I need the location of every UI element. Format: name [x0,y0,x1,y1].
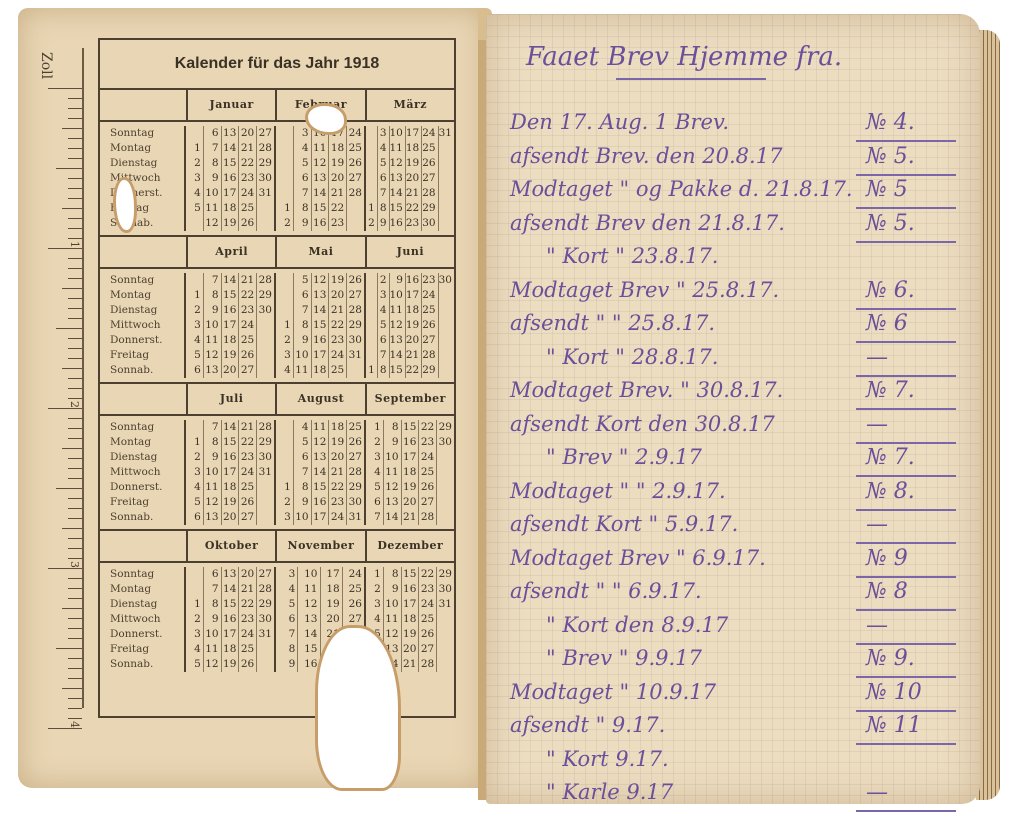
month-name: September [367,384,454,414]
day-cell [276,171,293,186]
day-cell: 27 [239,363,256,378]
day-cell: 25 [347,420,364,435]
day-cell [257,318,274,333]
week-column: 3456789 [276,567,298,672]
weekday-label: Donnerst. [110,627,184,642]
day-cell: 27 [347,288,364,303]
ruler-tick [68,548,82,549]
day-cell: 1 [366,201,377,216]
month-name: März [367,90,454,120]
day-cell [439,156,454,171]
log-entry-text: afsendt Brev den 21.8.17. [510,211,785,235]
day-cell: 5 [186,348,203,363]
week-column: 14151617181920 [222,420,240,525]
day-cell [257,495,274,510]
month-name: Juni [367,237,454,267]
day-cell: 19 [222,216,239,231]
day-cell: 19 [222,495,239,510]
ruler-tick [68,438,82,439]
day-cell: 2 [186,156,203,171]
day-cell: 10 [294,510,311,525]
day-cell: 18 [402,465,419,480]
day-cell: 26 [422,156,437,171]
week-column: 10111213141516 [298,567,320,672]
month-name: November [277,531,366,561]
day-cell [439,318,454,333]
day-cell: 18 [406,141,421,156]
ruler-tick [68,158,82,159]
entry-underline [856,475,956,477]
day-cell: 23 [239,171,256,186]
ruler-tick [68,498,82,499]
day-cell [439,333,454,348]
day-cell: 12 [312,156,329,171]
day-cell: 16 [222,303,239,318]
week-column: 1234567 [366,420,384,525]
week-column: 22232425262728 [419,567,437,672]
log-entry-text: Den 17. Aug. 1 Brev. [510,110,729,134]
day-cell: 31 [347,510,364,525]
quarter-header: JanuarFebruarMärz [100,90,454,122]
day-cell: 3 [276,567,297,582]
ruler-tick [68,148,82,149]
calendar-1918: Kalender für das Jahr 1918 JanuarFebruar… [98,38,456,718]
week-column: 17181920212223 [406,126,422,231]
day-cell: 15 [222,156,239,171]
day-cell: 16 [390,216,405,231]
ruler-tick [62,208,82,209]
day-cell: 4 [378,303,389,318]
day-cell [276,126,293,141]
log-entry-number: — [866,412,888,437]
week-column: 12345 [186,126,204,231]
log-entry-number: № 11 [866,713,922,738]
day-cell: 11 [384,612,401,627]
week-column: 567891011 [294,273,312,378]
ruler-tick [68,388,82,389]
log-entry-text: afsendt " " 6.9.17. [510,579,702,603]
day-cell: 11 [204,333,221,348]
day-cell: 4 [186,186,203,201]
day-cell: 24 [419,597,436,612]
day-cell: 5 [294,435,311,450]
day-cell: 14 [384,510,401,525]
day-cell: 23 [239,612,256,627]
day-cell: 24 [343,567,364,582]
day-cell: 19 [329,273,346,288]
week-column: 12131415161718 [312,273,330,378]
day-cell: 6 [294,171,311,186]
day-cell: 13 [312,450,329,465]
day-cell [439,186,454,201]
day-cell [276,420,293,435]
day-cell [257,216,274,231]
day-cell: 19 [402,627,419,642]
calendar-page: 1234 Zoll Kalender für das Jahr 1918 Jan… [18,8,486,788]
entry-underline [856,241,956,243]
week-column: 282930 [257,273,274,378]
day-cell: 3 [186,627,203,642]
day-cell: 16 [222,450,239,465]
day-cell: 4 [276,363,293,378]
day-cell: 23 [239,450,256,465]
day-cell [439,171,454,186]
day-cell: 3 [294,126,311,141]
day-cell: 21 [239,141,256,156]
month-name: Dezember [367,531,454,561]
weekday-label: Sonntag [110,126,184,141]
weekday-label: Dienstag [110,156,184,171]
day-cell: 30 [347,495,364,510]
day-cell: 13 [312,288,329,303]
day-cell: 18 [312,363,329,378]
ruler-tick [56,328,82,329]
day-cell: 19 [406,156,421,171]
day-cell: 21 [329,186,346,201]
month-name: Juli [188,384,277,414]
week-column: 10111213141516 [312,126,330,231]
day-cell [276,288,293,303]
month-grid: 1234567891011121314151617181920212223242… [186,273,276,378]
day-cell [437,657,454,672]
day-cell: 21 [329,303,346,318]
ruler-number: 3 [68,561,81,568]
day-cell: 1 [186,288,203,303]
day-cell: 16 [312,333,329,348]
week-column: 25262728293031 [347,420,364,525]
day-cell: 19 [329,435,346,450]
day-cell: 3 [186,318,203,333]
day-cell: 5 [276,597,297,612]
log-entry-number: № 8. [866,479,915,504]
log-entry-number: — [866,345,888,370]
month-name: Mai [277,237,366,267]
day-cell: 2 [186,612,203,627]
ruler-tick [68,588,82,589]
ruler-tick [68,668,82,669]
day-cell: 25 [239,642,256,657]
day-cell: 27 [257,126,274,141]
ruler-tick [68,238,82,239]
week-column: 13141516171819 [222,126,240,231]
day-cell: 5 [294,156,311,171]
day-cell [186,420,203,435]
day-cell: 28 [257,582,274,597]
entry-underline [856,810,956,812]
day-cell [276,303,293,318]
log-entry-number: № 5 [866,177,908,202]
day-cell: 12 [204,657,221,672]
day-cell: 4 [294,420,311,435]
day-cell: 2 [378,273,389,288]
day-cell: 13 [204,510,221,525]
ruler-tick [62,128,82,129]
day-cell: 12 [312,273,329,288]
day-cell: 25 [343,582,364,597]
day-cell: 14 [390,348,405,363]
week-column: 12 [276,126,294,231]
day-cell: 4 [294,141,311,156]
ruler-number: 4 [68,721,81,728]
week-column: 31 [439,126,454,231]
day-cell: 10 [294,348,311,363]
day-cell: 24 [347,126,364,141]
day-cell: 7 [366,510,383,525]
day-cell: 6 [366,495,383,510]
day-cell: 11 [312,420,329,435]
day-cell: 25 [422,303,437,318]
entry-underline [856,643,956,645]
week-column: 13141516171819 [222,567,240,672]
week-column: 6789101112 [204,126,222,231]
day-cell: 23 [329,333,346,348]
ruler-tick [68,618,82,619]
entry-underline [856,609,956,611]
day-cell: 26 [347,273,364,288]
ruler-tick [68,378,82,379]
ruler-tick [68,258,82,259]
day-cell [439,288,454,303]
entry-underline [856,375,956,377]
weekday-label: Sonnab. [110,510,184,525]
day-cell: 19 [402,480,419,495]
week-column: 16171819202122 [406,273,422,378]
day-cell: 29 [257,597,274,612]
day-cell: 3 [366,597,383,612]
ruler-tick [62,608,82,609]
day-cell [439,201,454,216]
week-column: 6789101112 [204,567,222,672]
day-cell [347,363,364,378]
day-cell: 13 [312,171,329,186]
day-cell: 12 [390,318,405,333]
day-cell: 9 [390,273,405,288]
entry-underline [856,542,956,544]
day-cell: 2 [276,216,293,231]
day-cell: 27 [419,495,436,510]
day-cell: 20 [406,171,421,186]
day-cell: 25 [419,612,436,627]
day-cell: 17 [402,597,419,612]
weekday-label: Mittwoch [110,612,184,627]
day-cell: 29 [422,363,437,378]
day-cell: 14 [222,141,239,156]
week-column: 2930 [437,420,454,525]
log-entry-text: afsendt Brev. den 20.8.17 [510,144,782,168]
day-cell: 18 [222,201,239,216]
day-cell: 28 [347,303,364,318]
day-cell: 19 [222,657,239,672]
day-cell: 9 [204,450,221,465]
calendar-quarter: AprilMaiJuniSonntagMontagDienstagMittwoc… [100,237,454,384]
day-cell: 10 [384,597,401,612]
day-cell: 29 [347,318,364,333]
week-column: 123456 [186,420,204,525]
day-cell: 26 [239,216,256,231]
ruler-tick [68,478,82,479]
day-cell: 1 [366,567,383,582]
week-column: 12 [366,126,378,231]
day-cell: 20 [402,495,419,510]
week-column: 891011121314 [384,420,402,525]
entry-underline [856,676,956,678]
day-cell [437,612,454,627]
day-cell [366,318,377,333]
day-cell: 2 [276,333,293,348]
day-cell: 26 [239,495,256,510]
log-entry-number: № 9. [866,646,915,671]
ruler-tick [68,108,82,109]
day-cell: 6 [378,171,389,186]
calendar-quarter: JanuarFebruarMärzSonntagMontagDienstagMi… [100,90,454,237]
day-cell: 1 [276,480,293,495]
day-cell [366,141,377,156]
day-cell: 24 [422,288,437,303]
day-cell [347,216,364,231]
day-cell: 26 [239,657,256,672]
ruler-tick [56,488,82,489]
day-cell: 22 [419,567,436,582]
ruler-tick [62,368,82,369]
day-cell: 17 [402,450,419,465]
day-cell: 15 [222,435,239,450]
day-cell: 11 [384,465,401,480]
week-column: 9101112131415 [390,273,406,378]
week-column: 2345678 [378,273,390,378]
week-column: 10111213141516 [390,126,406,231]
day-cell: 21 [239,420,256,435]
weekday-label: Montag [110,288,184,303]
day-cell [257,642,274,657]
day-cell: 14 [390,186,405,201]
day-cell: 10 [384,450,401,465]
day-cell: 2 [186,450,203,465]
day-cell: 25 [329,363,346,378]
day-cell: 29 [257,288,274,303]
ruler-tick [48,728,82,729]
month-grid: 1234567891011121314151617181920212223242… [186,126,276,231]
week-column: 20212223242526 [239,126,257,231]
ruler-tick [68,308,82,309]
day-cell: 12 [298,597,319,612]
day-cell [439,348,454,363]
quarter-header: OktoberNovemberDezember [100,531,454,563]
calendar-quarter: OktoberNovemberDezemberSonntagMontagDien… [100,531,454,676]
month-name: April [188,237,277,267]
ruler-tick [68,558,82,559]
weekday-labels: SonntagMontagDienstagMittwochDonnerst.Fr… [100,420,186,525]
ruler-tick [68,428,82,429]
day-cell: 23 [329,495,346,510]
day-cell: 9 [384,435,401,450]
day-cell: 13 [222,126,239,141]
day-cell: 22 [329,318,346,333]
ruler-tick [68,578,82,579]
day-cell: 20 [329,171,346,186]
day-cell [257,657,274,672]
log-entry-text: " Kort " 28.8.17. [546,345,718,369]
week-column: 21222324252627 [239,273,257,378]
ruler-tick [68,218,82,219]
day-cell: 9 [204,171,221,186]
day-cell: 3 [378,126,389,141]
weekday-labels: SonntagMontagDienstagMittwochDonnerst.Fr… [100,126,186,231]
day-cell: 25 [422,141,437,156]
log-entry-text: Modtaget Brev. " 30.8.17. [510,378,783,402]
ruler-tick [56,168,82,169]
day-cell: 17 [222,465,239,480]
day-cell: 8 [294,480,311,495]
day-cell: 27 [257,567,274,582]
weekday-label: Freitag [110,348,184,363]
day-cell [437,642,454,657]
month-grid: 1234567891011121314151617181920212223242… [276,273,366,378]
weekday-label: Freitag [110,642,184,657]
day-cell [276,156,293,171]
weekday-label: Dienstag [110,450,184,465]
log-heading: Faaet Brev Hjemme fra. [526,42,842,72]
calendar-quarter: JuliAugustSeptemberSonntagMontagDienstag… [100,384,454,531]
ruler-tick [68,118,82,119]
day-cell: 9 [204,303,221,318]
week-column: 123456 [186,273,204,378]
entry-underline [856,174,956,176]
log-entry-number: № 8 [866,579,908,604]
ruler-tick [68,678,82,679]
month-grid: 1234567891011121314151617181920212223242… [186,420,276,525]
day-cell: 30 [437,435,454,450]
day-cell: 12 [312,435,329,450]
day-cell [366,171,377,186]
day-cell: 22 [239,597,256,612]
log-entry-number: № 5. [866,144,915,169]
day-cell: 17 [321,567,342,582]
day-cell: 22 [406,201,421,216]
day-cell: 7 [294,303,311,318]
week-column: 2425262728 [347,126,364,231]
ruler-tick [68,508,82,509]
day-cell: 17 [312,348,329,363]
day-cell: 2 [366,582,383,597]
log-entry-text: Modtaget " 10.9.17 [510,680,716,704]
day-cell: 12 [204,495,221,510]
ruler-tick [68,138,82,139]
day-cell: 20 [239,567,256,582]
month-grid: 1234567891011121314151617181920212223242… [276,420,366,525]
week-column: 17181920212223 [329,126,347,231]
log-entry-text: afsendt Kort den 30.8.17 [510,412,775,436]
day-cell [366,156,377,171]
day-cell: 11 [390,303,405,318]
day-cell: 7 [204,420,221,435]
entry-underline [856,207,956,209]
weekday-label: Freitag [110,495,184,510]
log-entry-number: № 6. [866,278,915,303]
day-cell: 24 [239,465,256,480]
log-entry-text: " Kort " 23.8.17. [546,244,718,268]
day-cell: 25 [239,201,256,216]
day-cell: 19 [321,597,342,612]
day-cell [186,567,203,582]
day-cell: 14 [312,465,329,480]
day-cell: 13 [298,612,319,627]
day-cell: 15 [312,480,329,495]
day-cell: 5 [378,156,389,171]
log-entry-text: Modtaget " " 2.9.17. [510,479,726,503]
week-column: 20212223242526 [239,567,257,672]
day-cell [276,273,293,288]
week-column: 123 [276,420,294,525]
